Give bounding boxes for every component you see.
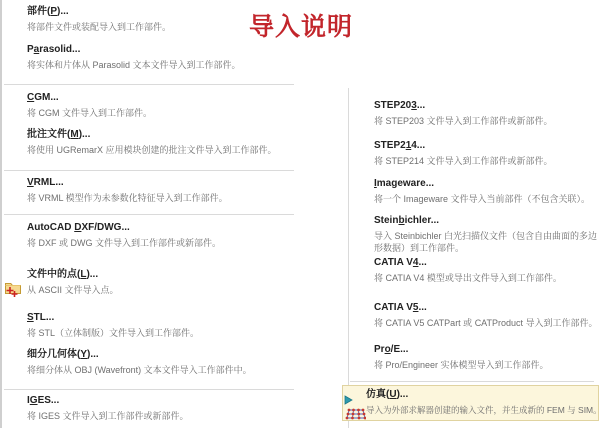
menu-item-label: AutoCAD <box>27 222 74 233</box>
mnemonic: Y <box>80 349 87 360</box>
menu-item-label: 文件中的点( <box>27 269 80 280</box>
menu-item-description: 将 Pro/Engineer 实体模型导入到工作部件。 <box>374 359 549 371</box>
menu-item-description: 从 ASCII 文件导入点。 <box>27 284 119 296</box>
menu-item-part[interactable]: 部件(P)... 将部件文件或装配导入到工作部件。 <box>27 6 171 33</box>
menu-item-vrml[interactable]: VRML... 将 VRML 模型作为未参数化特征导入到工作部件。 <box>27 177 228 204</box>
menu-item-steinbichler[interactable]: Steinbichler... 导入 Steinbichler 白光扫描仪文件（… <box>374 215 600 254</box>
menu-item-imageware[interactable]: Imageware... 将一个 Imageware 文件导入当前部件（不包含关… <box>374 178 590 205</box>
separator <box>4 214 294 215</box>
menu-item-iges[interactable]: IGES... 将 IGES 文件导入到工作部件或新部件。 <box>27 395 189 422</box>
menu-item-autocad-dxf-dwg[interactable]: AutoCAD DXF/DWG... 将 DXF 或 DWG 文件导入到工作部件… <box>27 222 221 249</box>
menu-item-description: 将 STEP214 文件导入到工作部件或新部件。 <box>374 155 553 167</box>
menu-item-label: CATIA V <box>374 257 413 268</box>
menu-item-description: 将 STEP203 文件导入到工作部件或新部件。 <box>374 115 553 127</box>
separator <box>4 84 294 85</box>
mnemonic: M <box>70 129 78 140</box>
import-menu-reference: 导入说明 部件(P)... 将部件文件或装配导入到工作部件。 Parasolid… <box>0 0 600 428</box>
menu-item-description: 将部件文件或装配导入到工作部件。 <box>27 21 171 33</box>
mnemonic: P <box>50 6 57 17</box>
menu-item-label: STEP20 <box>374 100 411 111</box>
menu-item-label: P <box>27 44 34 55</box>
menu-item-description: 将细分体从 OBJ (Wavefront) 文本文件导入工作部件中。 <box>27 364 252 376</box>
menu-item-description: 将实体和片体从 Parasolid 文本文件导入到工作部件。 <box>27 59 241 71</box>
mnemonic: U <box>389 389 396 400</box>
mnemonic: S <box>27 312 34 323</box>
menu-item-cgm[interactable]: CGM... 将 CGM 文件导入到工作部件。 <box>27 92 152 119</box>
menu-item-step203[interactable]: STEP203... 将 STEP203 文件导入到工作部件或新部件。 <box>374 100 553 127</box>
menu-item-description: 将 CATIA V4 模型或导出文件导入到工作部件。 <box>374 272 562 284</box>
menu-item-parasolid[interactable]: Parasolid... 将实体和片体从 Parasolid 文本文件导入到工作… <box>27 44 241 71</box>
menu-item-description: 将使用 UGRemarX 应用模块创建的批注文件导入到工作部件。 <box>27 144 277 156</box>
menu-item-description: 导入 Steinbichler 白光扫描仪文件（包含自由曲面的多边形数据）到工作… <box>374 230 600 254</box>
menu-item-description: 导入为外部求解器创建的输入文件，并生成新的 FEM 与 SIM。 <box>366 404 600 416</box>
separator <box>350 381 594 382</box>
menu-item-label: Pr <box>374 344 385 355</box>
separator <box>4 389 294 390</box>
separator <box>4 170 294 171</box>
menu-item-label: Stein <box>374 215 398 226</box>
menu-item-subdivision-geometry[interactable]: 细分几何体(Y)... 将细分体从 OBJ (Wavefront) 文本文件导入… <box>27 349 252 376</box>
menu-item-step214[interactable]: STEP214... 将 STEP214 文件导入到工作部件或新部件。 <box>374 140 553 167</box>
menu-item-description: 将 CGM 文件导入到工作部件。 <box>27 107 152 119</box>
menu-item-simulation[interactable]: 仿真(U)... 导入为外部求解器创建的输入文件，并生成新的 FEM 与 SIM… <box>366 389 600 416</box>
menu-item-description: 将一个 Imageware 文件导入当前部件（不包含关联）。 <box>374 193 590 205</box>
menu-item-stl[interactable]: STL... 将 STL（立体制版）文件导入到工作部件。 <box>27 312 199 339</box>
menu-item-description: 将 CATIA V5 CATPart 或 CATProduct 导入到工作部件。 <box>374 317 598 329</box>
mnemonic: V <box>27 177 34 188</box>
menu-item-description: 将 DXF 或 DWG 文件导入到工作部件或新部件。 <box>27 237 221 249</box>
menu-item-label: 细分几何体( <box>27 349 80 360</box>
menu-item-pro-e[interactable]: Pro/E... 将 Pro/Engineer 实体模型导入到工作部件。 <box>374 344 549 371</box>
mnemonic: G <box>30 395 38 406</box>
menu-item-description: 将 STL（立体制版）文件导入到工作部件。 <box>27 327 199 339</box>
menu-item-label: 部件( <box>27 6 50 17</box>
menu-item-catia-v5[interactable]: CATIA V5... 将 CATIA V5 CATPart 或 CATProd… <box>374 302 598 329</box>
menu-item-description: 将 IGES 文件导入到工作部件或新部件。 <box>27 410 189 422</box>
menu-item-label: 批注文件( <box>27 129 70 140</box>
simulation-mesh-icon <box>344 394 366 421</box>
menu-item-points-from-file[interactable]: 文件中的点(L)... 从 ASCII 文件导入点。 <box>27 269 119 296</box>
menu-item-label: CATIA V <box>374 302 413 313</box>
menu-item-annotation-file[interactable]: 批注文件(M)... 将使用 UGRemarX 应用模块创建的批注文件导入到工作… <box>27 129 277 156</box>
menu-item-catia-v4[interactable]: CATIA V4... 将 CATIA V4 模型或导出文件导入到工作部件。 <box>374 257 562 284</box>
folder-with-points-icon <box>4 278 24 298</box>
column-divider <box>348 88 349 428</box>
menu-item-description: 将 VRML 模型作为未参数化特征导入到工作部件。 <box>27 192 228 204</box>
menu-item-label: STEP2 <box>374 140 406 151</box>
menu-item-label: 仿真( <box>366 389 389 400</box>
